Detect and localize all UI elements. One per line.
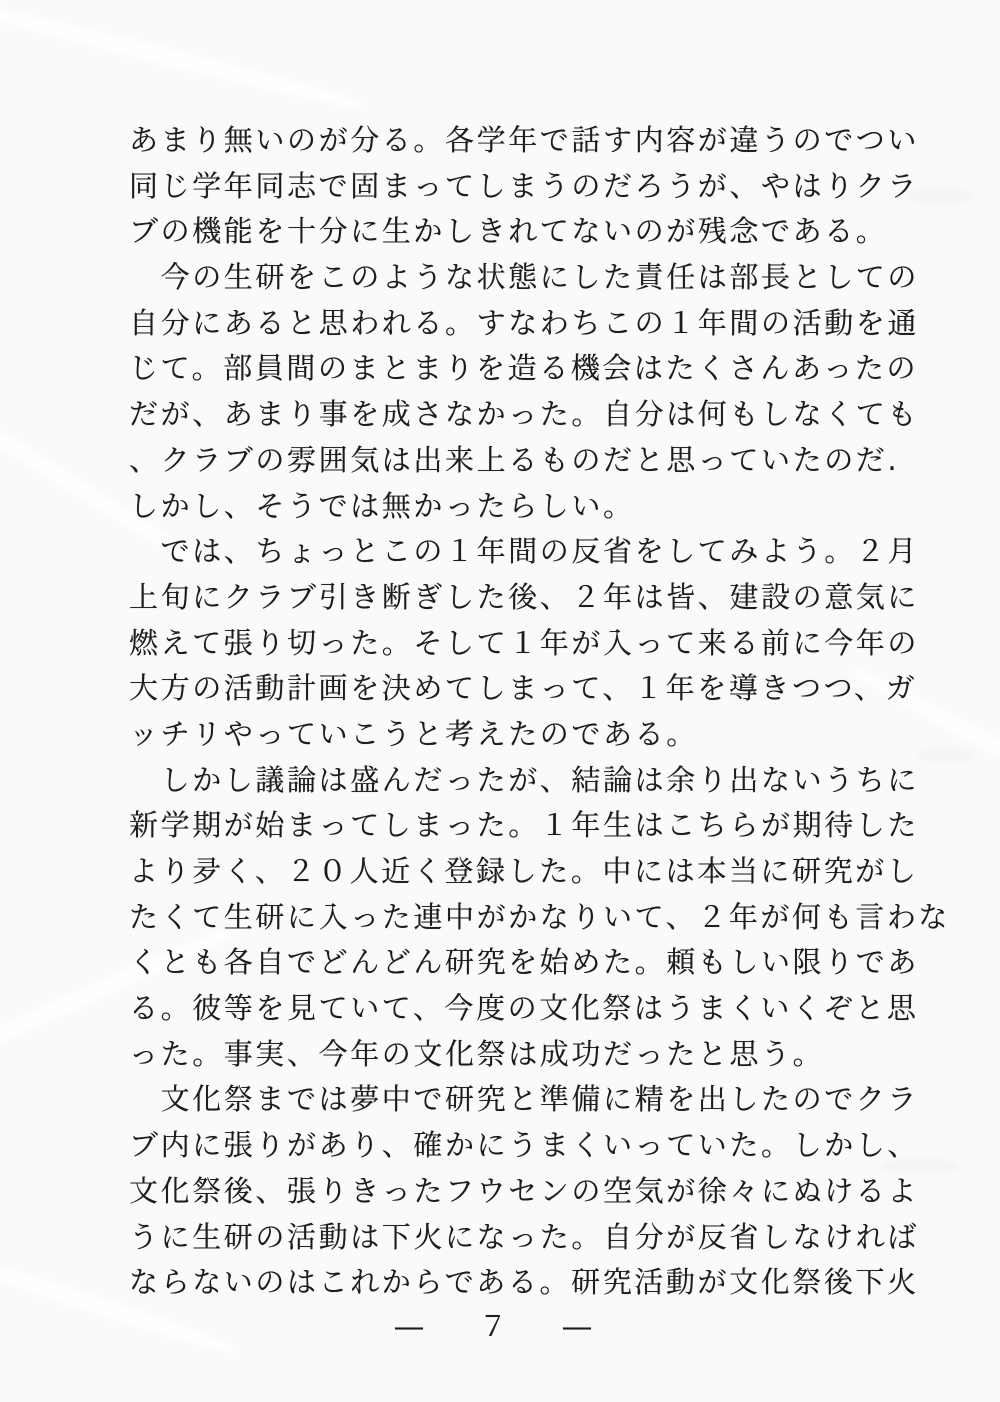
- text-line-20: る。彼等を見ていて、今度の文化祭はうまくいくぞと思: [129, 986, 929, 1032]
- text-line-13: 大方の活動計画を決めてしまって、１年を導きつつ、ガ: [129, 666, 929, 712]
- text-line-25: うに生研の活動は下火になった。自分が反省しなければ: [129, 1215, 929, 1261]
- text-line-1: あまり無いのが分る。各学年で話す内容が違うのでつい: [129, 118, 929, 164]
- text-line-22: 文化祭までは夢中で研究と準備に精を出したのでクラ: [129, 1077, 929, 1123]
- scanned-document-page: あまり無いのが分る。各学年で話す内容が違うのでつい 同じ学年同志で固まってしまう…: [0, 0, 1000, 1402]
- text-line-7: だが、あまり事を成さなかった。自分は何もしなくても: [129, 392, 929, 438]
- text-line-6: じて。部員間のまとまりを造る機会はたくさんあったの: [129, 346, 929, 392]
- text-line-14: ッチリやっていこうと考えたのである。: [129, 712, 929, 758]
- text-line-17: より夛く、２０人近く登録した。中には本当に研究がし: [129, 849, 929, 895]
- text-line-5: 自分にあると思われる。すなわちこの１年間の活動を通: [129, 301, 929, 347]
- text-line-16: 新学期が始まってしまった。１年生はこちらが期待した: [129, 803, 929, 849]
- text-line-26: ならないのはこれからである。研究活動が文化祭後下火: [129, 1260, 929, 1306]
- text-line-12: 燃えて張り切った。そして１年が入って来る前に今年の: [129, 621, 929, 667]
- page-number: ― ７ ―: [0, 1305, 1000, 1345]
- scan-crease-artifact: [0, 1, 364, 108]
- text-line-10: では、ちょっとこの１年間の反省をしてみよう。２月: [129, 529, 929, 575]
- body-text: あまり無いのが分る。各学年で話す内容が違うのでつい 同じ学年同志で固まってしまう…: [129, 118, 929, 1306]
- text-line-2: 同じ学年同志で固まってしまうのだろうが、やはりクラ: [129, 164, 929, 210]
- text-line-4: 今の生研をこのような状態にした責任は部長としての: [129, 255, 929, 301]
- text-line-19: くとも各自でどんどん研究を始めた。頼もしい限りであ: [129, 940, 929, 986]
- text-line-15: しかし議論は盛んだったが、結論は余り出ないうちに: [129, 758, 929, 804]
- text-line-11: 上旬にクラブ引き断ぎした後、２年は皆、建設の意気に: [129, 575, 929, 621]
- text-line-24: 文化祭後、張りきったフウセンの空気が徐々にぬけるよ: [129, 1169, 929, 1215]
- text-line-9: しかし、そうでは無かったらしい。: [129, 484, 929, 530]
- text-line-18: たくて生研に入った連中がかなりいて、２年が何も言わな: [129, 895, 929, 941]
- text-line-23: ブ内に張りがあり、確かにうまくいっていた。しかし、: [129, 1123, 929, 1169]
- text-line-21: った。事実、今年の文化祭は成功だったと思う。: [129, 1032, 929, 1078]
- text-line-8: 、クラブの雰囲気は出来上るものだと思っていたのだ.: [129, 438, 929, 484]
- text-line-3: ブの機能を十分に生かしきれてないのが残念である。: [129, 209, 929, 255]
